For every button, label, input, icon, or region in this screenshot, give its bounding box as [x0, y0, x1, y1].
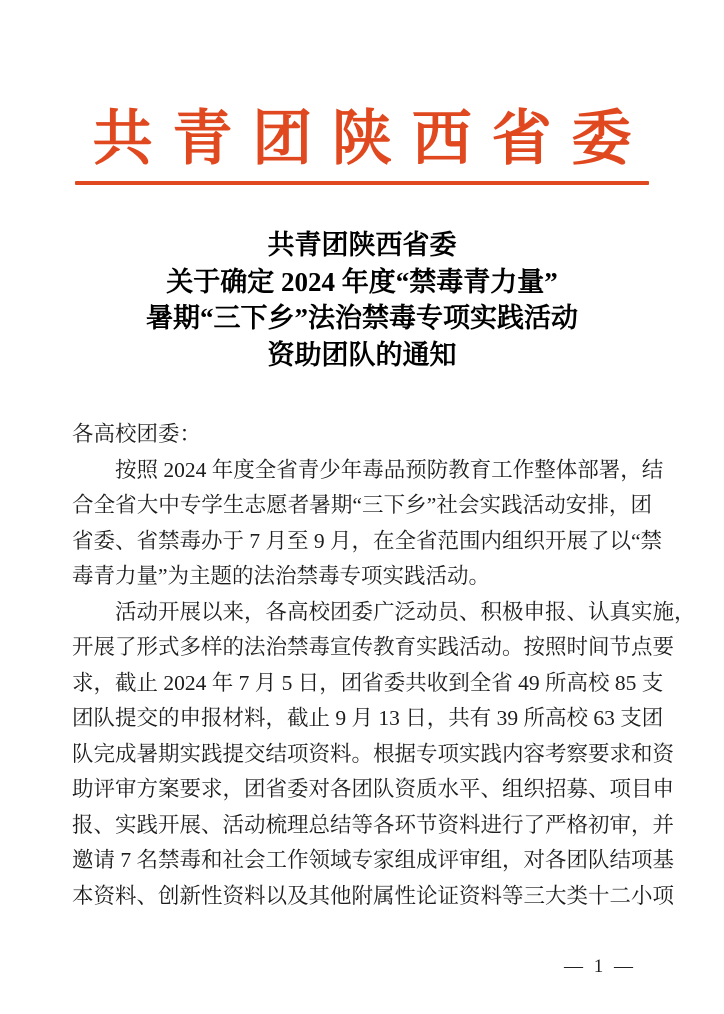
document-title-line: 共青团陕西省委 [0, 227, 724, 264]
document-title-line: 暑期“三下乡”法治禁毒专项实践活动 [0, 300, 724, 337]
body-line: 队完成暑期实践提交结项资料。根据专项实践内容考察要求和资 [72, 737, 652, 773]
body-line: 本资料、创新性资料以及其他附属性论证资料等三大类十二小项 [72, 879, 652, 915]
salutation-line: 各高校团委： [72, 417, 652, 453]
body-line: 开展了形式多样的法治禁毒宣传教育实践活动。按照时间节点要 [72, 630, 652, 666]
body-line: 省委、省禁毒办于 7 月至 9 月，在全省范围内组织开展了以“禁 [72, 524, 652, 560]
letterhead-divider [75, 181, 649, 185]
body-line: 助评审方案要求，团省委对各团队资质水平、组织招募、项目申 [72, 772, 652, 808]
document-title-line: 资助团队的通知 [0, 337, 724, 374]
body-line: 求，截止 2024 年 7 月 5 日，团省委共收到全省 49 所高校 85 支 [72, 666, 652, 702]
document-title-line: 关于确定 2024 年度“禁毒青力量” [0, 264, 724, 301]
body-line: 毒青力量”为主题的法治禁毒专项实践活动。 [72, 559, 652, 595]
document-title: 共青团陕西省委 关于确定 2024 年度“禁毒青力量” 暑期“三下乡”法治禁毒专… [0, 227, 724, 373]
document-body: 各高校团委： 按照 2024 年度全省青少年毒品预防教育工作整体部署，结 合全省… [72, 417, 652, 914]
body-line: 报、实践开展、活动梳理总结等各环节资料进行了严格初审，并 [72, 808, 652, 844]
letterhead-title: 共青团陕西省委 [0, 106, 724, 172]
body-line: 合全省大中专学生志愿者暑期“三下乡”社会实践活动安排，团 [72, 488, 652, 524]
document-page: 共青团陕西省委 共青团陕西省委 关于确定 2024 年度“禁毒青力量” 暑期“三… [0, 0, 724, 1014]
letterhead-title-text: 共青团陕西省委 [93, 106, 652, 172]
page-number: — 1 — [564, 956, 636, 978]
body-line: 团队提交的申报材料，截止 9 月 13 日，共有 39 所高校 63 支团 [72, 701, 652, 737]
body-line: 活动开展以来，各高校团委广泛动员、积极申报、认真实施， [72, 595, 652, 631]
body-line: 按照 2024 年度全省青少年毒品预防教育工作整体部署，结 [72, 453, 652, 489]
letterhead: 共青团陕西省委 [0, 0, 724, 185]
body-line: 邀请 7 名禁毒和社会工作领域专家组成评审组，对各团队结项基 [72, 843, 652, 879]
